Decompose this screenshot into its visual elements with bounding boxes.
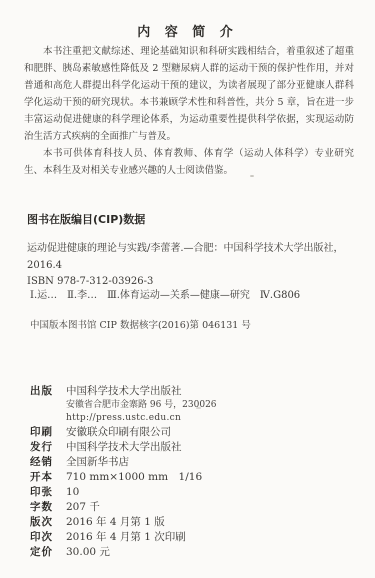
colophon-row-format: 开本 710 mm×1000 mm 1/16: [30, 470, 350, 485]
cip-record-line: 运动促进健康的理论与实践/李蕾著.—合肥：中国科学技术大学出版社，2016.4: [27, 241, 361, 274]
colophon-row-issuer: 发行 中国科学技术大学出版社: [30, 440, 350, 455]
summary-paragraph-1: 本书注重把文献综述、理论基础知识和科研实践相结合，着重叙述了超重和肥胖、胰岛素敏…: [24, 43, 354, 145]
distributor-label: 经销: [30, 455, 54, 470]
cip-record: 运动促进健康的理论与实践/李蕾著.—合肥：中国科学技术大学出版社，2016.4 …: [27, 241, 361, 291]
cip-heading: 图书在版编目(CIP)数据: [27, 211, 145, 227]
publisher-url: http://press.ustc.edu.cn: [66, 412, 350, 425]
colophon-row-wordcount: 字数 207 千: [30, 500, 350, 515]
book-copyright-page: 内 容 简 介 本书注重把文献综述、理论基础知识和科研实践相结合，着重叙述了超重…: [0, 0, 375, 578]
colophon-row-price: 定价 30.00 元: [30, 545, 350, 560]
summary-paragraph-2: 本书可供体育科技人员、体育教师、体育学（运动人体科学）专业研究生、本科生及对相关…: [24, 145, 354, 179]
colophon-row-sheets: 印张 10: [30, 485, 350, 500]
sheets-label: 印张: [30, 485, 54, 500]
impression-label: 印次: [30, 530, 54, 545]
publisher-address: 安徽省合肥市金寨路 96 号，230026: [66, 399, 350, 412]
format-value: 710 mm×1000 mm 1/16: [66, 470, 350, 485]
issuer-value: 中国科学技术大学出版社: [66, 440, 350, 455]
printer-value: 安徽联众印刷有限公司: [66, 425, 350, 440]
colophon: 出版 中国科学技术大学出版社 安徽省合肥市金寨路 96 号，230026 htt…: [30, 384, 350, 559]
publisher-value: 中国科学技术大学出版社: [66, 384, 350, 399]
scan-artifact: [250, 175, 254, 177]
sheets-value: 10: [66, 485, 350, 500]
price-label: 定价: [30, 545, 54, 560]
cip-classification: Ⅰ.运… Ⅱ.李… Ⅲ.体育运动—关系—健康—研究 Ⅳ.G806: [30, 286, 300, 301]
colophon-row-impression: 印次 2016 年 4 月第 1 次印刷: [30, 530, 350, 545]
printer-label: 印刷: [30, 425, 54, 440]
colophon-row-publisher: 出版 中国科学技术大学出版社: [30, 384, 350, 399]
colophon-row-edition: 版次 2016 年 4 月第 1 版: [30, 515, 350, 530]
edition-value: 2016 年 4 月第 1 版: [66, 515, 350, 530]
content-summary-body: 本书注重把文献综述、理论基础知识和科研实践相结合，着重叙述了超重和肥胖、胰岛素敏…: [24, 43, 354, 179]
edition-label: 版次: [30, 515, 54, 530]
colophon-row-distributor: 经销 全国新华书店: [30, 455, 350, 470]
colophon-row-printer: 印刷 安徽联众印刷有限公司: [30, 425, 350, 440]
wordcount-label: 字数: [30, 500, 54, 515]
format-label: 开本: [30, 470, 54, 485]
price-value: 30.00 元: [66, 545, 350, 560]
impression-value: 2016 年 4 月第 1 次印刷: [66, 530, 350, 545]
issuer-label: 发行: [30, 440, 54, 455]
distributor-value: 全国新华书店: [66, 455, 350, 470]
content-summary-title: 内 容 简 介: [0, 21, 375, 40]
wordcount-value: 207 千: [66, 500, 350, 515]
publisher-label: 出版: [30, 384, 54, 399]
cip-registry-number: 中国版本图书馆 CIP 数据核字(2016)第 046131 号: [30, 317, 251, 331]
